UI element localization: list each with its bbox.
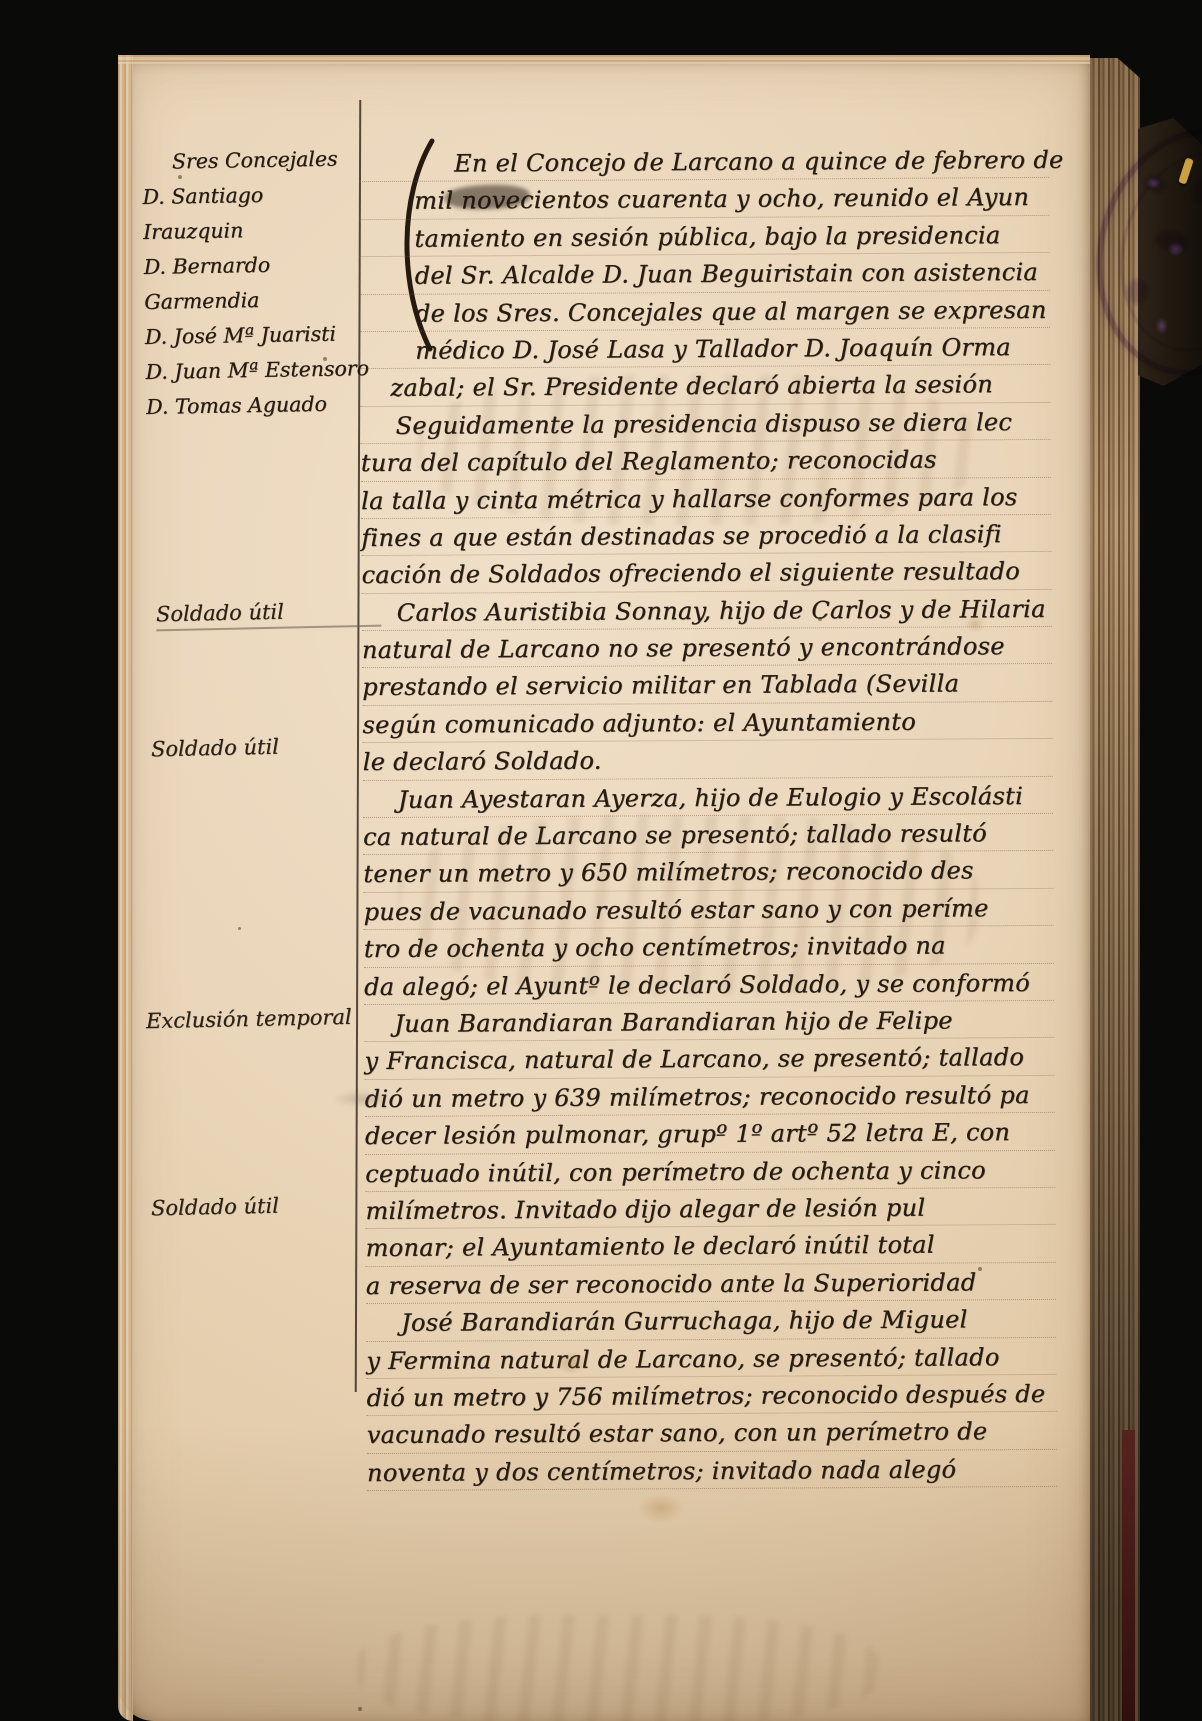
speck bbox=[978, 1267, 982, 1271]
councilor-name: D. Tomas Aguado bbox=[146, 386, 372, 425]
manuscript-line: Juan Barandiaran Barandiaran hijo de Fel… bbox=[364, 1001, 1054, 1043]
councilor-name: D. Bernardo Garmendia bbox=[143, 246, 369, 320]
manuscript-line: y Francisca, natural de Larcano, se pres… bbox=[364, 1038, 1054, 1080]
manuscript-line: tener un metro y 650 milímetros; reconoc… bbox=[363, 851, 1053, 893]
manuscript-line: ceptuado inútil, con perímetro de ochent… bbox=[365, 1150, 1055, 1192]
margin-note-councilors: Sres Concejales D. Santiago IrauzquinD. … bbox=[142, 141, 372, 425]
manuscript-line: pues de vacunado resultó estar sano y co… bbox=[363, 889, 1053, 931]
manuscript-line: Juan Ayestaran Ayerza, hijo de Eulogio y… bbox=[363, 777, 1053, 819]
book-cover-edge bbox=[1122, 1430, 1135, 1721]
manuscript-line: a reserva de ser reconocido ante la Supe… bbox=[366, 1263, 1056, 1305]
scanned-page-photo: Sres Concejales D. Santiago IrauzquinD. … bbox=[0, 0, 1202, 1721]
manuscript-line: le declaró Soldado. bbox=[363, 739, 1053, 781]
manuscript-line: En el Concejo de Larcano a quince de feb… bbox=[359, 141, 1049, 183]
manuscript-line: médico D. José Lasa y Tallador D. Joaquí… bbox=[360, 328, 1050, 370]
speck bbox=[323, 357, 327, 361]
manuscript-line: tro de ochenta y ocho centímetros; invit… bbox=[364, 926, 1054, 968]
speck bbox=[818, 617, 822, 621]
stain bbox=[964, 615, 986, 633]
manuscript-line: de los Sres. Concejales que al margen se… bbox=[360, 290, 1050, 332]
bottom-shadow bbox=[118, 1421, 1090, 1721]
manuscript-line: José Barandiarán Gurruchaga, hijo de Mig… bbox=[366, 1300, 1056, 1342]
manuscript-line: dió un metro y 639 milímetros; reconocid… bbox=[365, 1076, 1055, 1118]
councilor-name: D. José Mª Juaristi bbox=[145, 316, 371, 355]
manuscript-line: monar; el Ayuntamiento le declaró inútil… bbox=[366, 1225, 1056, 1267]
manuscript-page: Sres Concejales D. Santiago IrauzquinD. … bbox=[118, 55, 1090, 1721]
manuscript-line: zabal; el Sr. Presidente declaró abierta… bbox=[360, 365, 1050, 407]
manuscript-line: y Fermina natural de Larcano, se present… bbox=[366, 1337, 1056, 1379]
act-body-text: En el Concejo de Larcano a quince de feb… bbox=[359, 141, 1057, 1491]
classification-label: Soldado útil bbox=[151, 1194, 279, 1221]
page-stack-edges-top bbox=[118, 55, 1090, 64]
manuscript-line: tamiento en sesión pública, bajo la pres… bbox=[359, 216, 1049, 258]
manuscript-line: decer lesión pulmonar, grupº 1º artº 52 … bbox=[365, 1113, 1055, 1155]
speck bbox=[238, 927, 241, 930]
manuscript-line: Seguidamente la presidencia dispuso se d… bbox=[360, 403, 1050, 445]
manuscript-line: dió un metro y 756 milímetros; reconocid… bbox=[366, 1375, 1056, 1417]
councilors-list: D. Santiago IrauzquinD. Bernardo Garmend… bbox=[142, 176, 371, 425]
classification-label: Soldado útil bbox=[151, 735, 279, 762]
manuscript-line: da alegó; el Ayuntº le declaró Soldado, … bbox=[364, 963, 1054, 1005]
pencil-smudge bbox=[332, 1091, 392, 1107]
classification-label: Exclusión temporal bbox=[146, 1005, 352, 1033]
councilors-heading: Sres Concejales bbox=[142, 141, 368, 180]
manuscript-line: tura del capítulo del Reglamento; recono… bbox=[361, 440, 1051, 482]
stain bbox=[554, 1351, 588, 1375]
manuscript-line: ca natural de Larcano se presentó; talla… bbox=[363, 814, 1053, 856]
manuscript-line: milímetros. Invitado dijo alegar de lesi… bbox=[365, 1188, 1055, 1230]
manuscript-line: Carlos Auristibia Sonnay, hijo de Carlos… bbox=[362, 590, 1052, 632]
councilor-name: D. Santiago Irauzquin bbox=[142, 176, 368, 250]
manuscript-line: fines a que están destinadas se procedió… bbox=[361, 515, 1051, 557]
councilor-name: D. Juan Mª Estensoro bbox=[145, 351, 371, 390]
classification-label: Soldado útil bbox=[156, 598, 382, 632]
manuscript-line: según comunicado adjunto: el Ayuntamient… bbox=[362, 702, 1052, 744]
manuscript-line: prestando el servicio militar en Tablada… bbox=[362, 664, 1052, 706]
manuscript-line: natural de Larcano no se presentó y enco… bbox=[362, 627, 1052, 669]
manuscript-line: la talla y cinta métrica y hallarse conf… bbox=[361, 477, 1051, 519]
manuscript-line: del Sr. Alcalde D. Juan Beguiristain con… bbox=[360, 253, 1050, 295]
speck bbox=[178, 175, 182, 179]
manuscript-line: cación de Soldados ofreciendo el siguien… bbox=[361, 552, 1051, 594]
